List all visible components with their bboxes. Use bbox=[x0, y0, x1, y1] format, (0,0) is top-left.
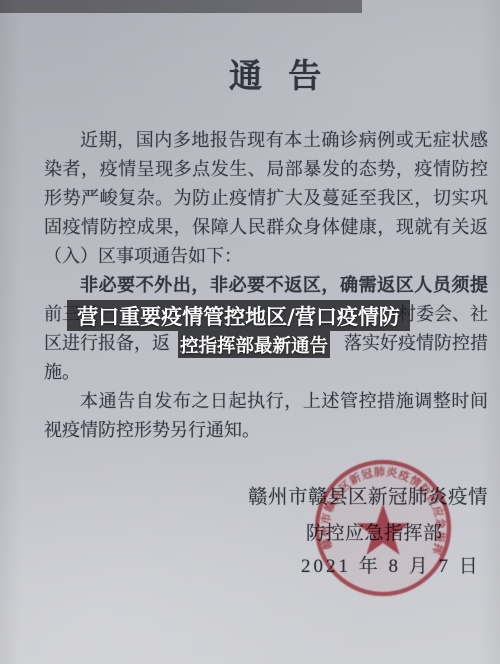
notice-line-left-fragment: 区进行报备，返 bbox=[44, 329, 170, 358]
caption-bar-line1: 营口重要疫情管控地区/营口疫情防 bbox=[67, 300, 410, 331]
notice-line: 视疫情防控形势另行通知。 bbox=[44, 416, 488, 445]
notice-line: 染者，疫情呈现多点发生、局部暴发的态势，疫情防控 bbox=[44, 155, 488, 184]
caption-text-line2: 控指挥部最新通告 bbox=[180, 332, 328, 358]
notice-line: 形势严峻复杂。为防止疫情扩大及蔓延至我区，切实巩 bbox=[44, 184, 488, 213]
notice-line: 本通告自发布之日起执行，上述管控措施调整时间 bbox=[44, 387, 488, 416]
notice-line: 施。 bbox=[44, 358, 488, 387]
notice-line: （入）区事项通告如下： bbox=[44, 242, 488, 271]
document-photo: 通 告 近期，国内多地报告现有本土确诊病例或无症状感 染者，疫情呈现多点发生、局… bbox=[0, 0, 500, 664]
notice-body: 近期，国内多地报告现有本土确诊病例或无症状感 染者，疫情呈现多点发生、局部暴发的… bbox=[44, 126, 488, 445]
notice-line-emphasis: 非必要不外出，非必要不返区，确需返区人员须提 bbox=[44, 271, 488, 300]
notice-title: 通 告 bbox=[229, 50, 330, 97]
caption-text-line1: 营口重要疫情管控地区/营口疫情防 bbox=[77, 301, 400, 331]
notice-line: 固疫情防控成果，保障人民群众身体健康，现就有关返 bbox=[44, 213, 488, 242]
notice-line-right-fragment: 村委会、社 bbox=[398, 300, 488, 329]
official-seal: 赣州市赣县区新冠肺炎疫情防控应急指挥部 bbox=[303, 448, 463, 608]
caption-underbar bbox=[0, 0, 362, 13]
notice-line-right-fragment: 落实好疫情防控措 bbox=[344, 329, 488, 358]
notice-line: 近期，国内多地报告现有本土确诊病例或无症状感 bbox=[44, 126, 488, 155]
caption-bar-line2: 控指挥部最新通告 bbox=[178, 331, 330, 358]
